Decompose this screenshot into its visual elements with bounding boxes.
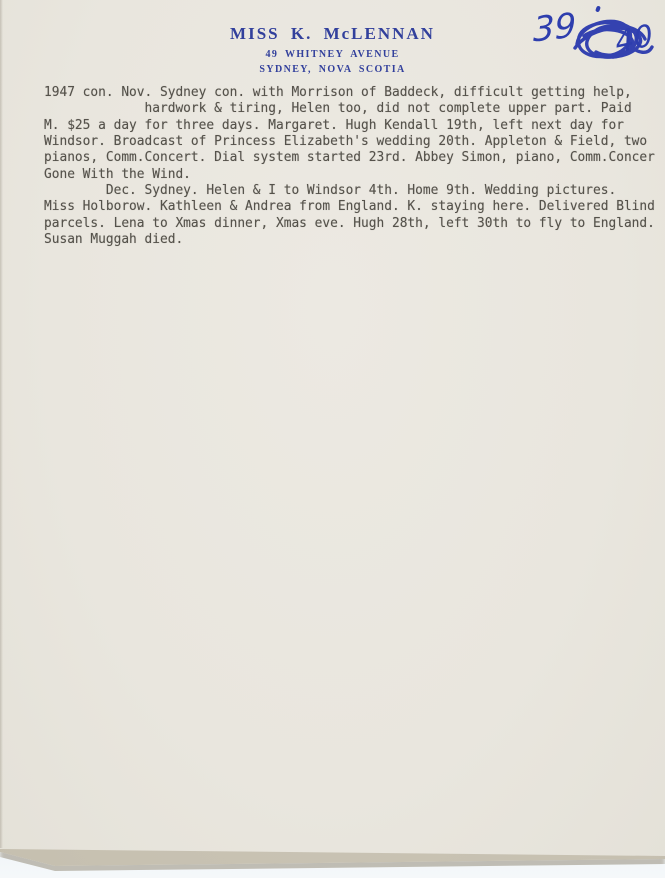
typed-line: Miss Holborow. Kathleen & Andrea from En… [44, 199, 664, 215]
scanned-page: MISS K. McLENNAN 49 WHITNEY AVENUE SYDNE… [0, 0, 665, 878]
typed-line: Gone With the Wind. [44, 167, 664, 183]
ink-dot [595, 5, 601, 12]
typed-line: parcels. Lena to Xmas dinner, Xmas eve. … [44, 216, 664, 232]
typed-line: Windsor. Broadcast of Princess Elizabeth… [44, 134, 664, 150]
typed-line: Susan Muggah died. [44, 232, 664, 248]
typed-line: 1947 con. Nov. Sydney con. with Morrison… [44, 85, 664, 101]
typed-line: hardwork & tiring, Helen too, did not co… [44, 101, 664, 117]
letter-paper: MISS K. McLENNAN 49 WHITNEY AVENUE SYDNE… [0, 0, 665, 878]
typed-line: Dec. Sydney. Helen & I to Windsor 4th. H… [44, 183, 664, 199]
typed-line: pianos, Comm.Concert. Dial system starte… [44, 150, 664, 166]
letterhead-address-city: SYDNEY, NOVA SCOTIA [0, 64, 665, 75]
letterhead-address-street: 49 WHITNEY AVENUE [0, 49, 665, 60]
typed-line: M. $25 a day for three days. Margaret. H… [44, 118, 664, 134]
typed-text-block: 1947 con. Nov. Sydney con. with Morrison… [44, 85, 664, 248]
